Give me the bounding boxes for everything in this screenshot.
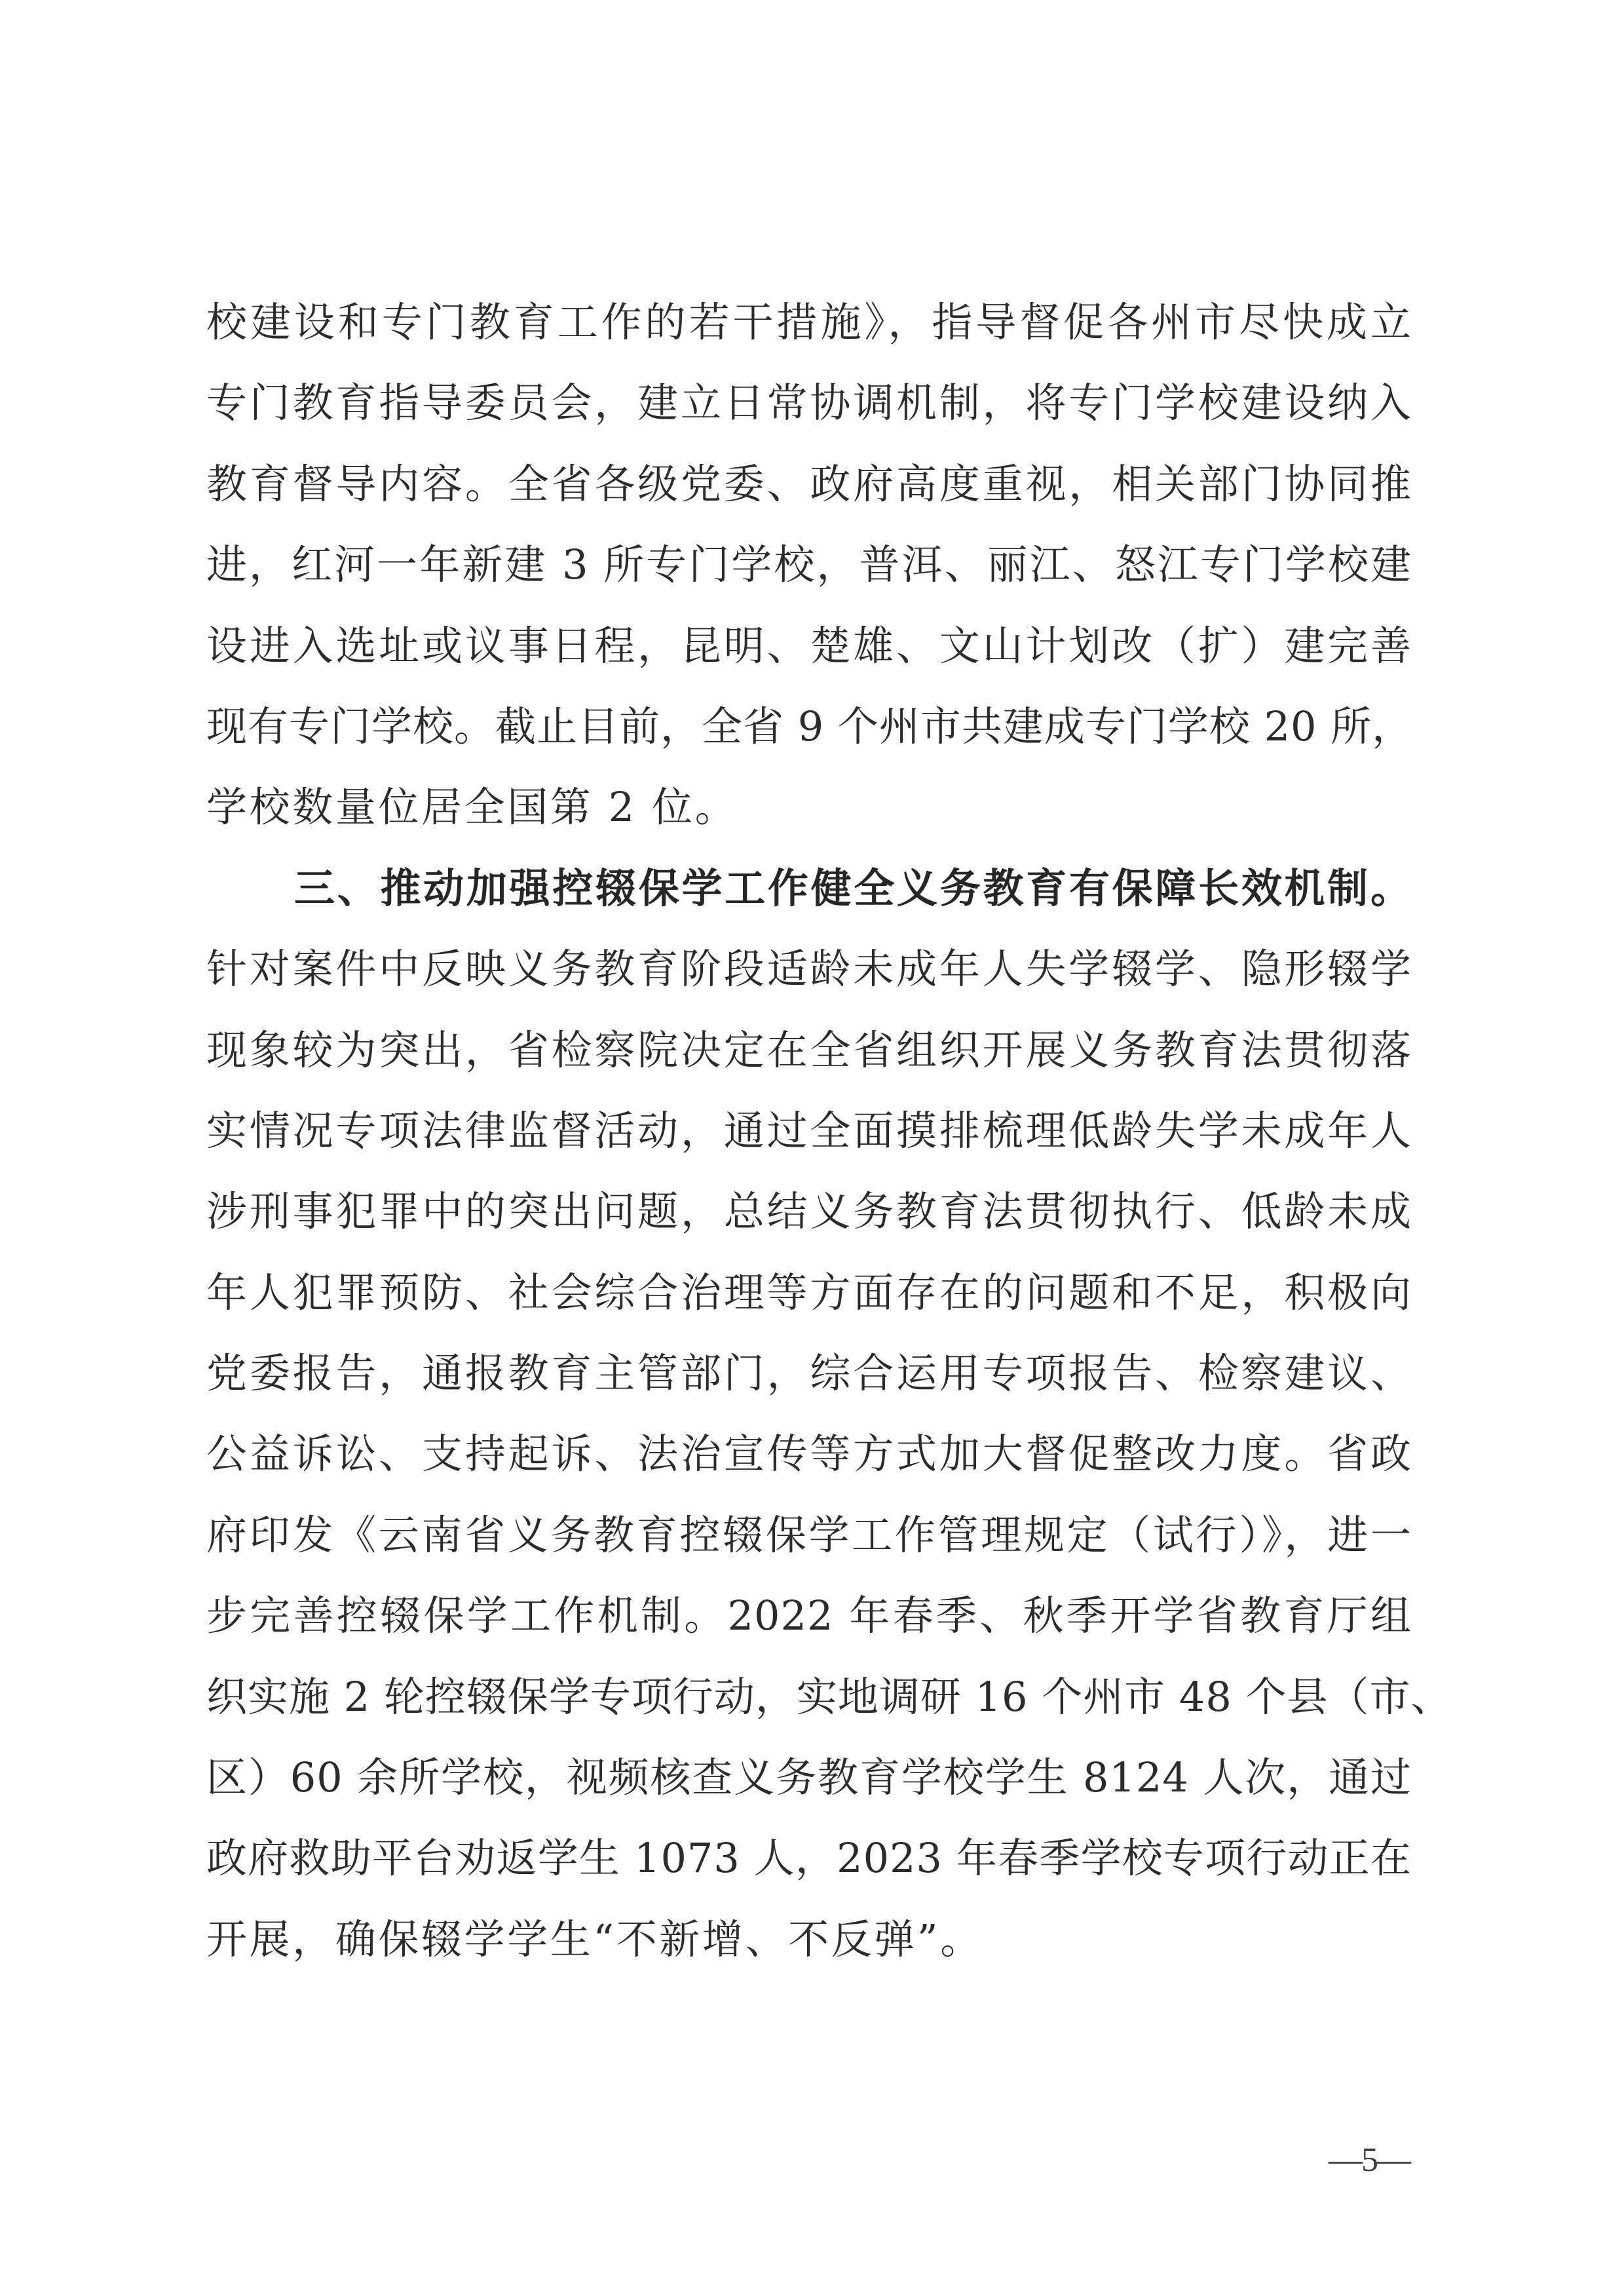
- paragraph-1-line-6: 现有专门学校。截止目前，全省 9 个州市共建成专门学校 20 所，: [206, 686, 1412, 767]
- paragraph-2-line-12: 政府救助平台劝返学生 1073 人，2023 年春季学校专项行动正在: [206, 1818, 1412, 1898]
- page-number: —5—: [1317, 2137, 1422, 2183]
- paragraph-2-line-1: 针对案件中反映义务教育阶段适龄未成年人失学辍学、隐形辍学: [206, 928, 1412, 1009]
- paragraph-2-line-4: 涉刑事犯罪中的突出问题，总结义务教育法贯彻执行、低龄未成: [206, 1171, 1412, 1252]
- paragraph-2-line-7: 公益诉讼、支持起诉、法治宣传等方式加大督促整改力度。省政: [206, 1413, 1412, 1494]
- paragraph-2-line-6: 党委报告，通报教育主管部门，综合运用专项报告、检察建议、: [206, 1333, 1412, 1413]
- paragraph-1-line-4: 进，红河一年新建 3 所专门学校，普洱、丽江、怒江专门学校建: [206, 524, 1412, 605]
- paragraph-2-line-13: 开展，确保辍学学生“不新增、不反弹”。: [206, 1899, 1412, 1980]
- paragraph-1-line-2: 专门教育指导委员会，建立日常协调机制，将专门学校建设纳入: [206, 362, 1412, 443]
- document-page: 校建设和专门教育工作的若干措施》，指导督促各州市尽快成立 专门教育指导委员会，建…: [0, 0, 1624, 2296]
- paragraph-2-line-8: 府印发《云南省义务教育控辍保学工作管理规定（试行）》，进一: [206, 1495, 1412, 1575]
- paragraph-1-line-5: 设进入选址或议事日程，昆明、楚雄、文山计划改（扩）建完善: [206, 605, 1412, 686]
- paragraph-2-line-10: 织实施 2 轮控辍保学专项行动，实地调研 16 个州市 48 个县（市、: [206, 1656, 1412, 1737]
- paragraph-1-line-3: 教育督导内容。全省各级党委、政府高度重视，相关部门协同推: [206, 444, 1412, 524]
- paragraph-2-line-11: 区）60 余所学校，视频核查义务教育学校学生 8124 人次，通过: [206, 1737, 1412, 1818]
- paragraph-2-line-2: 现象较为突出，省检察院决定在全省组织开展义务教育法贯彻落: [206, 1010, 1412, 1090]
- paragraph-2-line-3: 实情况专项法律监督活动，通过全面摸排梳理低龄失学未成年人: [206, 1090, 1412, 1171]
- paragraph-2-line-5: 年人犯罪预防、社会综合治理等方面存在的问题和不足，积极向: [206, 1252, 1412, 1333]
- document-body: 校建设和专门教育工作的若干措施》，指导督促各州市尽快成立 专门教育指导委员会，建…: [206, 282, 1412, 1980]
- paragraph-1-line-7: 学校数量位居全国第 2 位。: [206, 767, 1412, 847]
- section-heading-3: 三、推动加强控辍保学工作健全义务教育有保障长效机制。: [206, 848, 1412, 928]
- paragraph-2-line-9: 步完善控辍保学工作机制。2022 年春季、秋季开学省教育厅组: [206, 1575, 1412, 1656]
- paragraph-1-line-1: 校建设和专门教育工作的若干措施》，指导督促各州市尽快成立: [206, 282, 1412, 362]
